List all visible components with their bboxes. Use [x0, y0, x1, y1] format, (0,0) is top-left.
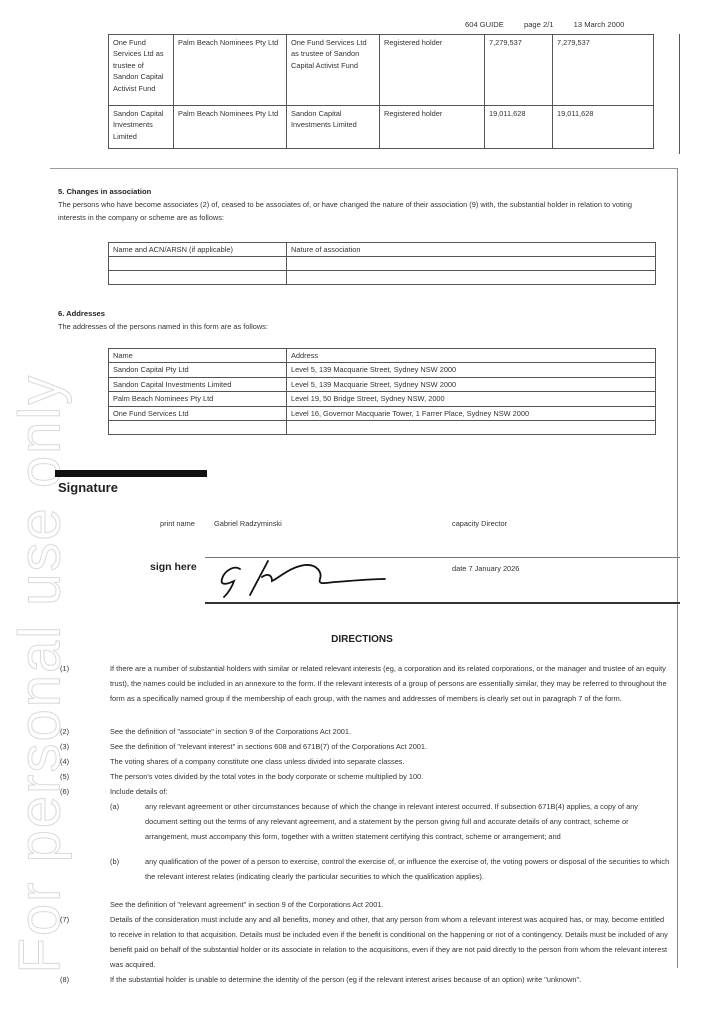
holder-cell: One Fund Services Ltd as trustee of Sand…: [109, 35, 174, 106]
directions-title: DIRECTIONS: [0, 634, 724, 645]
table-header-row: Name Address: [109, 349, 656, 363]
direction-text: If there are a number of substantial hol…: [110, 661, 670, 706]
column-header: Name: [109, 349, 287, 363]
direction-text: The voting shares of a company constitut…: [110, 754, 670, 769]
direction-subnumber: (a): [110, 799, 119, 814]
nature-cell: Registered holder: [380, 35, 485, 106]
directions-list: (1) If there are a number of substantial…: [0, 661, 724, 1021]
direction-number: (3): [60, 739, 69, 754]
registered-holder-cell: Palm Beach Nominees Pty Ltd: [174, 106, 287, 149]
direction-subnumber: (b): [110, 854, 119, 869]
table-row: One Fund Services Ltd as trustee of Sand…: [109, 35, 654, 106]
table-row: [109, 257, 656, 271]
table-header-row: Name and ACN/ARSN (if applicable) Nature…: [109, 243, 656, 257]
print-name-label: print name: [160, 519, 195, 528]
form-date: 13 March 2000: [574, 20, 625, 29]
table-row: [109, 421, 656, 435]
table-cell: [109, 257, 287, 271]
direction-subtext: any qualification of the power of a pers…: [145, 854, 670, 884]
form-code: 604 GUIDE: [465, 20, 504, 29]
direction-text: The person's votes divided by the total …: [110, 769, 670, 784]
direction-number: (7): [60, 912, 69, 927]
page-header: 604 GUIDE page 2/1 13 March 2000: [465, 20, 642, 29]
name-cell: Palm Beach Nominees Pty Ltd: [109, 392, 287, 406]
column-header: Name and ACN/ARSN (if applicable): [109, 243, 287, 257]
entitled-person-cell: Sandon Capital Investments Limited: [287, 106, 380, 149]
changes-in-association-table: Name and ACN/ARSN (if applicable) Nature…: [108, 242, 656, 285]
section-frame-top: [50, 168, 678, 169]
entitled-person-cell: One Fund Services Ltd as trustee of Sand…: [287, 35, 380, 106]
nature-cell: Registered holder: [380, 106, 485, 149]
name-cell: Sandon Capital Investments Limited: [109, 377, 287, 391]
sign-here-label: sign here: [150, 561, 197, 573]
direction-text: See the definition of "associate" in sec…: [110, 724, 670, 739]
address-cell: Level 19, 50 Bridge Street, Sydney NSW, …: [287, 392, 656, 406]
securities-cell: 7,279,537: [485, 35, 553, 106]
direction-number: (8): [60, 972, 69, 987]
table-row: [109, 271, 656, 285]
direction-number: (2): [60, 724, 69, 739]
table-row: Sandon Capital Investments Limited Level…: [109, 377, 656, 391]
section-5-title: 5. Changes in association: [58, 187, 151, 196]
table-cell: [287, 257, 656, 271]
address-cell: [287, 421, 656, 435]
votes-cell: 7,279,537: [553, 35, 654, 106]
holder-cell: Sandon Capital Investments Limited: [109, 106, 174, 149]
capacity-field: capacity Director: [452, 519, 507, 528]
addresses-table: Name Address Sandon Capital Pty Ltd Leve…: [108, 348, 656, 435]
holders-table: One Fund Services Ltd as trustee of Sand…: [108, 34, 654, 149]
table-row: Sandon Capital Investments Limited Palm …: [109, 106, 654, 149]
direction-number: (1): [60, 661, 69, 676]
section-6-text: The addresses of the persons named in th…: [58, 321, 268, 334]
signature-line-bottom: [205, 602, 680, 604]
direction-number: (5): [60, 769, 69, 784]
print-name-value: Gabriel Radzyminski: [214, 519, 282, 528]
direction-text: See the definition of "relevant interest…: [110, 739, 670, 754]
table-row: One Fund Services Ltd Level 16, Governor…: [109, 406, 656, 420]
address-cell: Level 16, Governor Macquarie Tower, 1 Fa…: [287, 406, 656, 420]
name-cell: Sandon Capital Pty Ltd: [109, 363, 287, 377]
page-number: page 2/1: [524, 20, 554, 29]
direction-text: Details of the consideration must includ…: [110, 912, 670, 972]
margin-rule: [679, 34, 680, 154]
securities-cell: 19,011,628: [485, 106, 553, 149]
name-cell: [109, 421, 287, 435]
section-5-text: The persons who have become associates (…: [58, 199, 658, 225]
name-cell: One Fund Services Ltd: [109, 406, 287, 420]
address-cell: Level 5, 139 Macquarie Street, Sydney NS…: [287, 363, 656, 377]
address-cell: Level 5, 139 Macquarie Street, Sydney NS…: [287, 377, 656, 391]
table-row: Sandon Capital Pty Ltd Level 5, 139 Macq…: [109, 363, 656, 377]
table-cell: [109, 271, 287, 285]
registered-holder-cell: Palm Beach Nominees Pty Ltd: [174, 35, 287, 106]
direction-subtext: any relevant agreement or other circumst…: [145, 799, 670, 844]
table-row: Palm Beach Nominees Pty Ltd Level 19, 50…: [109, 392, 656, 406]
direction-text: If the substantial holder is unable to d…: [110, 972, 670, 987]
direction-number: (6): [60, 784, 69, 799]
signature-title: Signature: [58, 480, 118, 495]
date-field: date 7 January 2026: [452, 564, 519, 573]
handwritten-signature-icon: [210, 555, 410, 601]
direction-text: See the definition of "relevant agreemen…: [110, 897, 670, 912]
signature-bar: [55, 470, 207, 477]
votes-cell: 19,011,628: [553, 106, 654, 149]
direction-text: Include details of:: [110, 784, 670, 799]
section-6-title: 6. Addresses: [58, 309, 105, 318]
column-header: Address: [287, 349, 656, 363]
column-header: Nature of association: [287, 243, 656, 257]
direction-number: (4): [60, 754, 69, 769]
table-cell: [287, 271, 656, 285]
